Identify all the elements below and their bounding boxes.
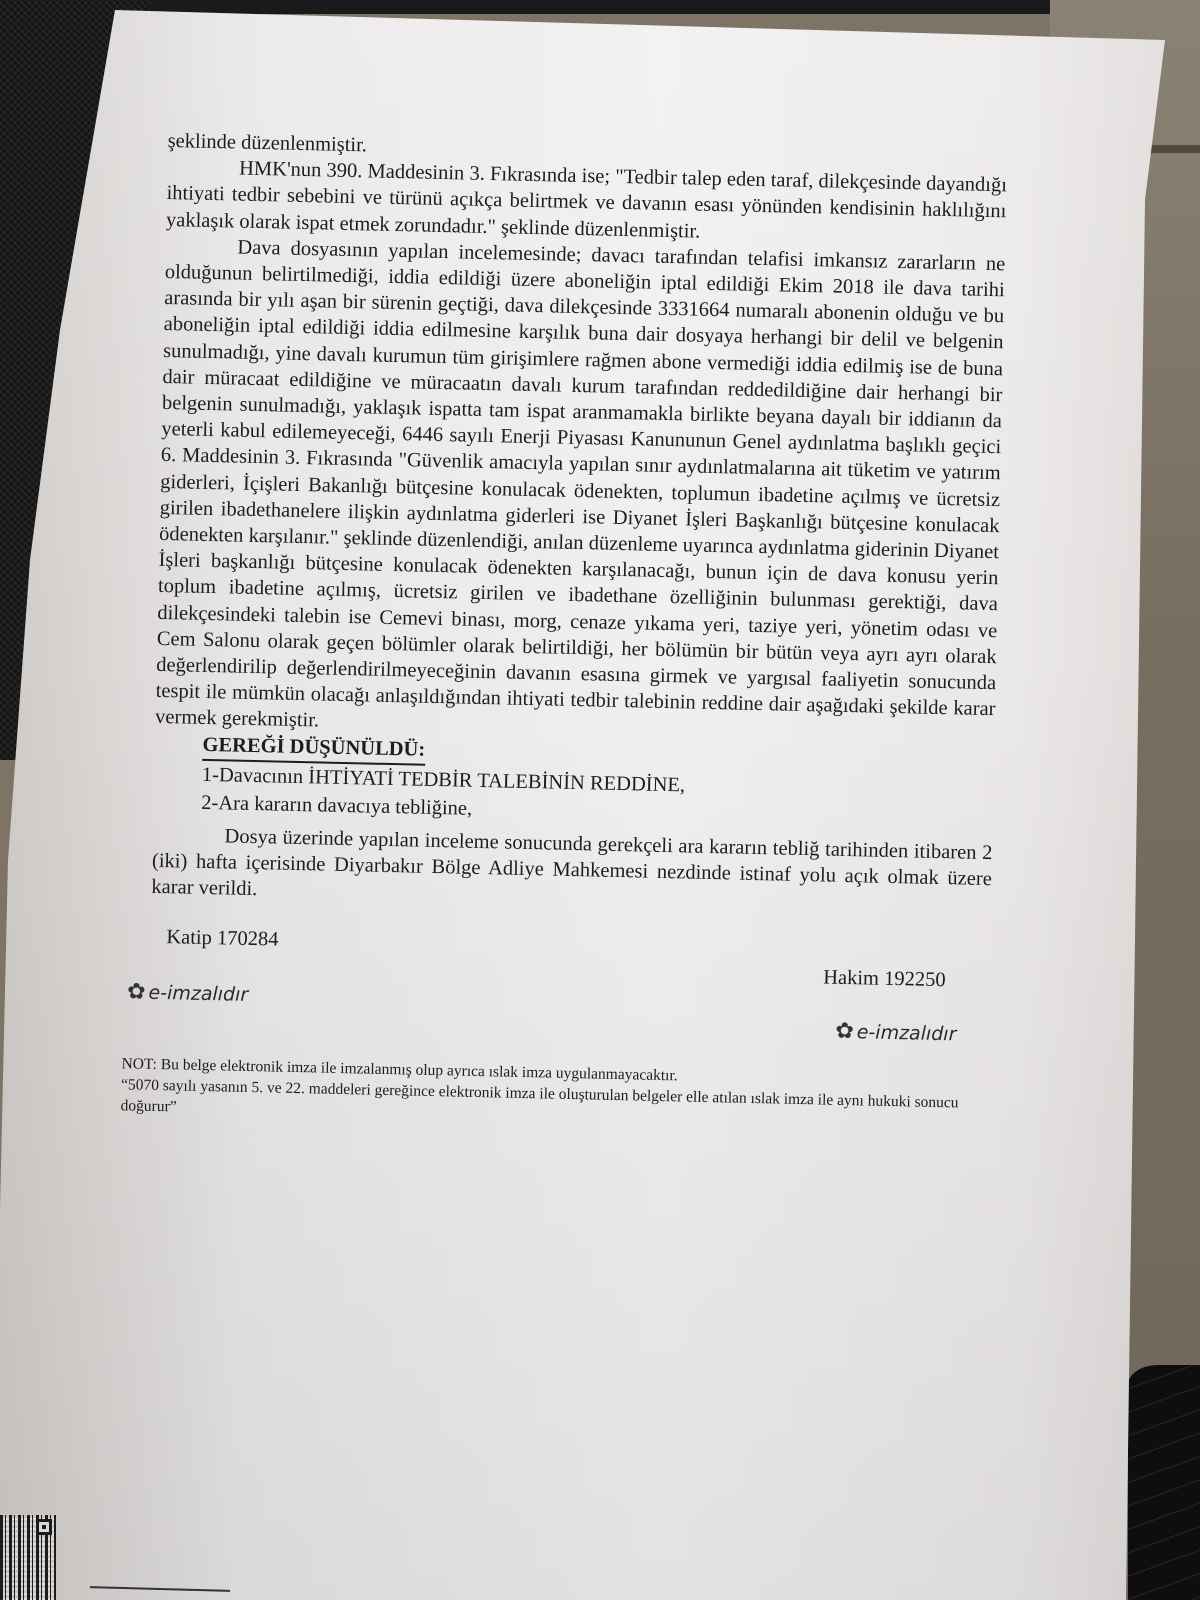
closing-paragraph: Dosya üzerinde yapılan inceleme sonucund… bbox=[151, 822, 993, 919]
seal-icon: ✿ bbox=[127, 980, 146, 1007]
court-document: şeklinde düzenlenmiştir. HMK'nun 390. Ma… bbox=[146, 128, 1007, 1136]
judge-signature: Hakim 192250 bbox=[823, 965, 946, 994]
e-signature-label: e-imzalıdır bbox=[856, 1020, 956, 1048]
clerk-e-signature: ✿ e-imzalıdır bbox=[127, 980, 249, 1009]
clerk-signature: Katip 170284 bbox=[166, 925, 279, 954]
decision-section: GEREĞİ DÜŞÜNÜLDÜ: 1-Davacının İHTİYATİ T… bbox=[153, 731, 995, 835]
background-tile-grout bbox=[1150, 145, 1200, 153]
qr-finder-pattern bbox=[36, 1519, 52, 1535]
signature-block: Katip 170284 Hakim 192250 ✿ e-imzalıdır … bbox=[148, 924, 991, 1072]
decision-heading: GEREĞİ DÜŞÜNÜLDÜ: bbox=[202, 732, 425, 766]
paragraph-case-review: Dava dosyasının yapılan incelemesinde; d… bbox=[155, 233, 1006, 749]
seal-icon: ✿ bbox=[835, 1019, 854, 1046]
judge-e-signature: ✿ e-imzalıdır bbox=[835, 1019, 957, 1048]
background-fabric-right bbox=[1128, 1365, 1200, 1600]
e-signature-label: e-imzalıdır bbox=[148, 980, 248, 1008]
background-dark-strip bbox=[100, 0, 1050, 14]
